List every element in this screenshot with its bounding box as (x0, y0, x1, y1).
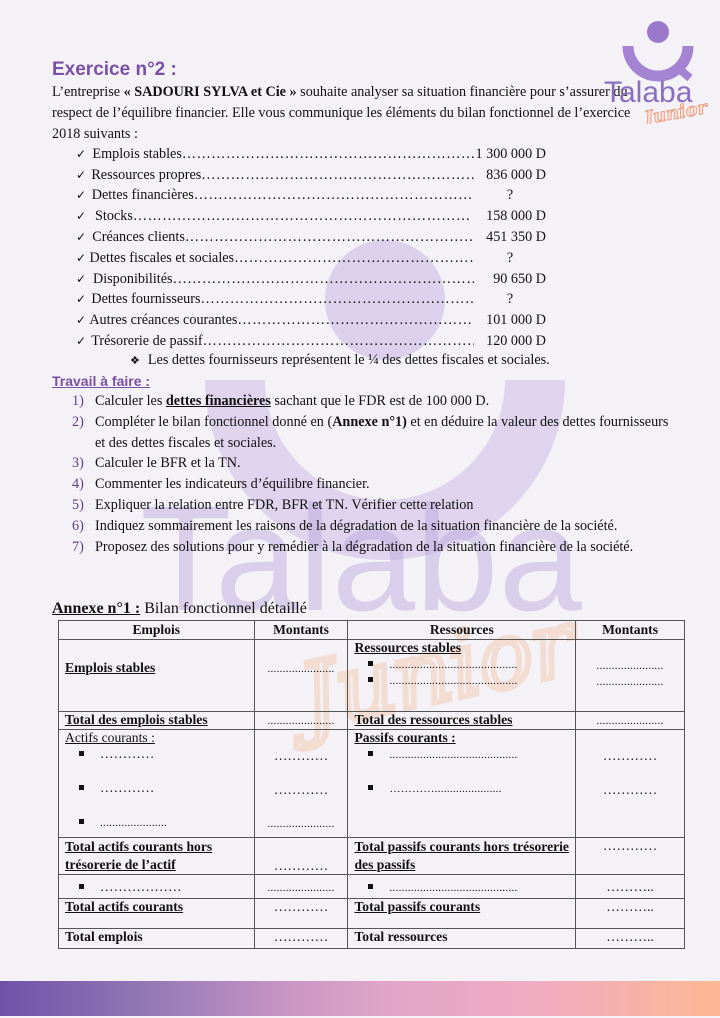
list-item: ✓Créances clients……………………………………………………………… (76, 227, 546, 248)
total-actifs-courants-hors-tresorerie-label: Total actifs courants hors trésorerie de… (65, 839, 212, 872)
total-passifs-courants-hors-tresorerie-label: Total passifs courants hors trésorerie d… (354, 839, 568, 872)
total-passifs-courants-label: Total passifs courants (354, 899, 480, 914)
cell: ……………… (59, 875, 255, 899)
blank-field[interactable]: ……………… (100, 879, 182, 894)
item-value: ? (474, 187, 546, 204)
table-row: Total actifs courants ………… Total passifs… (59, 899, 685, 929)
list-item: ✓Autres créances courantes……………………………………… (76, 310, 546, 331)
item-value: 1 300 000 D (474, 146, 546, 163)
passifs-courants-label: Passifs courants : (354, 730, 569, 746)
annex-subtitle: Bilan fonctionnel détaillé (140, 600, 307, 617)
footer-gradient-bar (0, 981, 720, 1016)
blank-field[interactable]: ……….. (606, 879, 654, 894)
list-item: ✓Stocks……………………………………………………………158 000 D (76, 206, 546, 227)
task-item: 2)Compléter le bilan fonctionnel donné e… (72, 412, 672, 454)
task-text: Expliquer la relation entre FDR, BFR et … (95, 495, 474, 516)
task-number: 4) (72, 474, 95, 495)
cell: ........................................… (348, 875, 576, 899)
cell: Actifs courants : ………… ………… ............… (59, 730, 255, 838)
item-value: 451 350 D (474, 229, 546, 246)
leader-dots: …………………………………………………………… (234, 250, 474, 267)
item-label: Dettes fiscales et sociales (90, 250, 235, 267)
list-item: ✓Trésorerie de passif…………………………………………………… (76, 331, 546, 352)
task-number: 2) (72, 412, 95, 454)
blank-field[interactable]: ………… (582, 748, 678, 764)
ressources-stables-label: Ressources stables (354, 640, 569, 656)
checkmark-icon: ✓ (76, 334, 91, 349)
blank-field[interactable]: ……….. (606, 899, 654, 914)
blank-field[interactable]: ……….. (606, 929, 654, 944)
blank-field[interactable]: ………… (603, 838, 657, 853)
square-bullet-icon (368, 785, 373, 790)
cell: Total ressources (348, 929, 576, 949)
table-row: Emplois stables ...................... R… (59, 640, 685, 712)
cell: Total des emplois stables (59, 712, 255, 730)
emplois-stables-label: Emplois stables (65, 660, 155, 675)
item-label: Stocks (95, 208, 133, 225)
blank-field[interactable]: ...................... (267, 882, 334, 894)
task-text-emph: dettes financières (166, 393, 271, 409)
task-item: 5)Expliquer la relation entre FDR, BFR e… (72, 495, 672, 516)
cell: ...................... (254, 640, 348, 712)
item-value: 158 000 D (474, 208, 546, 225)
item-label: Dettes fournisseurs (91, 291, 200, 308)
cell: ……….. (576, 875, 685, 899)
blank-field[interactable]: ...................... (267, 663, 334, 675)
cell: ...................... (576, 712, 685, 730)
annex-title: Annexe n°1 : Bilan fonctionnel détaillé (52, 600, 307, 618)
item-label: Emplois stables (92, 146, 181, 163)
total-actifs-courants-label: Total actifs courants (65, 899, 183, 914)
task-text: Commenter les indicateurs d’équilibre fi… (95, 474, 370, 495)
list-item: ✓Ressources propres………………………………………………………… (76, 165, 546, 186)
item-value: ? (474, 250, 546, 267)
cell: Total actifs courants hors trésorerie de… (59, 838, 255, 875)
square-bullet-icon (79, 884, 84, 889)
leader-dots: …………………………………………………………… (194, 187, 474, 204)
blank-field[interactable]: …………...................... (389, 783, 501, 795)
total-emplois-label: Total emplois (65, 929, 143, 944)
blank-field[interactable]: ………… (261, 782, 342, 798)
intro-prefix: L’entreprise (52, 84, 124, 100)
checkmark-icon: ✓ (76, 292, 91, 307)
leader-dots: …………………………………………………………… (133, 208, 474, 225)
header-emplois: Emplois (59, 621, 255, 640)
task-item: 6)Indiquez sommairement les raisons de l… (72, 516, 672, 537)
total-ressources-stables-label: Total des ressources stables (354, 712, 512, 727)
square-bullet-icon (79, 819, 84, 824)
square-bullet-icon (79, 751, 84, 756)
task-text-pre: Calculer les (95, 393, 166, 409)
leader-dots: …………………………………………………………… (203, 333, 474, 350)
checkmark-icon: ✓ (76, 272, 93, 287)
leader-dots: …………………………………………………………… (201, 167, 474, 184)
blank-field[interactable]: ...................... (596, 715, 663, 727)
blank-field[interactable]: ........................................… (389, 675, 517, 687)
table-row: Total emplois ………… Total ressources ……….… (59, 929, 685, 949)
list-item: ✓Dettes fournisseurs……………………………………………………… (76, 290, 546, 311)
item-label: Autres créances courantes (89, 312, 237, 329)
talaba-junior-logo: Talaba Junior (598, 12, 716, 124)
task-text: Calculer les dettes financières sachant … (95, 391, 489, 412)
item-value: 90 650 D (474, 271, 546, 288)
item-label: Disponibilités (93, 271, 173, 288)
task-number: 6) (72, 516, 95, 537)
diamond-bullet-icon: ❖ (130, 355, 140, 367)
task-number: 1) (72, 391, 95, 412)
exercise-intro: L’entreprise « SADOURI SYLVA et Cie » so… (52, 82, 632, 145)
leader-dots: …………………………………………………………… (173, 271, 474, 288)
square-bullet-icon (79, 785, 84, 790)
table-row: Total actifs courants hors trésorerie de… (59, 838, 685, 875)
cell: ………… (576, 838, 685, 875)
task-item: 4)Commenter les indicateurs d’équilibre … (72, 474, 672, 495)
task-text: Compléter le bilan fonctionnel donné en … (95, 412, 672, 454)
leader-dots: …………………………………………………………… (237, 312, 474, 329)
exercise-title: Exercice n°2 : (52, 59, 177, 81)
blank-field[interactable]: ...................... (261, 818, 342, 830)
cell: ……….. (576, 929, 685, 949)
square-bullet-icon (368, 884, 373, 889)
task-number: 5) (72, 495, 95, 516)
checkmark-icon: ✓ (76, 313, 89, 328)
cell: ……….. (576, 899, 685, 929)
task-number: 3) (72, 453, 95, 474)
cell: Total passifs courants (348, 899, 576, 929)
cell: ………… (254, 838, 348, 875)
bilan-fonctionnel-table: Emplois Montants Ressources Montants Emp… (58, 620, 685, 949)
cell: Total actifs courants (59, 899, 255, 929)
checkmark-icon: ✓ (76, 147, 92, 162)
company-name: « SADOURI SYLVA et Cie » (124, 84, 297, 100)
note-text: Les dettes fournisseurs représentent le … (148, 352, 550, 368)
cell: ...................... (254, 875, 348, 899)
blank-field[interactable]: ........................................… (389, 659, 517, 671)
list-item: ✓Disponibilités ……………………………………………………………9… (76, 269, 546, 290)
blank-field[interactable]: ………… (100, 746, 154, 761)
cell: ...................... (254, 712, 348, 730)
blank-field[interactable]: ...................... (267, 715, 334, 727)
checkmark-icon: ✓ (76, 168, 91, 183)
header-ressources: Ressources (348, 621, 576, 640)
total-ressources-label: Total ressources (354, 929, 447, 944)
square-bullet-icon (368, 751, 373, 756)
list-item: ✓Dettes fiscales et sociales ……………………………… (76, 248, 546, 269)
task-item: 1)Calculer les dettes financières sachan… (72, 391, 672, 412)
task-text-emph: Annexe n°1) (332, 414, 407, 430)
blank-field[interactable]: ………… (100, 780, 154, 795)
cell: ………… (254, 899, 348, 929)
blank-field[interactable]: ...................... (582, 676, 678, 688)
list-item: ✓Emplois stables……………………………………………………………1… (76, 144, 546, 165)
header-montants-emplois: Montants (254, 621, 348, 640)
square-bullet-icon (368, 677, 373, 682)
checkmark-icon: ✓ (76, 251, 90, 266)
cell: Emplois stables (59, 640, 255, 712)
table-row: Actifs courants : ………… ………… ............… (59, 730, 685, 838)
cell: Total emplois (59, 929, 255, 949)
item-label: Trésorerie de passif (91, 333, 202, 350)
cell: Total des ressources stables (348, 712, 576, 730)
table-header-row: Emplois Montants Ressources Montants (59, 621, 685, 640)
cell: ………… ………… (576, 730, 685, 838)
actifs-courants-label: Actifs courants : (65, 730, 248, 746)
total-emplois-stables-label: Total des emplois stables (65, 712, 208, 727)
blank-field[interactable]: ........................................… (389, 749, 517, 761)
task-text: Proposez des solutions pour y remédier à… (95, 537, 633, 558)
item-value: 101 000 D (474, 312, 546, 329)
task-text: Calculer le BFR et la TN. (95, 453, 241, 474)
tasks-heading: Travail à faire : (52, 373, 150, 389)
blank-field[interactable]: ...................... (100, 817, 167, 829)
cell: ........................................… (576, 640, 685, 712)
checkmark-icon: ✓ (76, 230, 92, 245)
blank-field[interactable]: ………… (582, 782, 678, 798)
item-label: Dettes financières (92, 187, 194, 204)
table-row: Total des emplois stables ..............… (59, 712, 685, 730)
blank-field[interactable]: ………… (261, 748, 342, 764)
cell: Passifs courants : .....................… (348, 730, 576, 838)
task-number: 7) (72, 537, 95, 558)
list-item: ✓Dettes financières………………………………………………………… (76, 186, 546, 207)
note: ❖Les dettes fournisseurs représentent le… (130, 352, 550, 369)
table-row: ……………… ...................... ..........… (59, 875, 685, 899)
task-text-post: sachant que le FDR est de 100 000 D. (271, 393, 489, 409)
leader-dots: …………………………………………………………… (182, 146, 474, 163)
annex-label: Annexe n°1 : (52, 600, 140, 617)
item-value: 120 000 D (474, 333, 546, 350)
task-item: 7)Proposez des solutions pour y remédier… (72, 537, 672, 558)
item-value: 836 000 D (474, 167, 546, 184)
item-value: ? (474, 291, 546, 308)
blank-field[interactable]: ........................................… (389, 882, 517, 894)
blank-field[interactable]: ………… (274, 899, 328, 914)
task-text-pre: Compléter le bilan fonctionnel donné en … (95, 414, 332, 430)
tasks-list: 1)Calculer les dettes financières sachan… (72, 391, 672, 557)
leader-dots: …………………………………………………………… (185, 229, 474, 246)
task-item: 3)Calculer le BFR et la TN. (72, 453, 672, 474)
leader-dots: …………………………………………………………… (201, 291, 474, 308)
cell: Ressources stables .....................… (348, 640, 576, 712)
cell: ………… ………… ...................... (254, 730, 348, 838)
cell: ………… (254, 929, 348, 949)
square-bullet-icon (368, 661, 373, 666)
item-label: Ressources propres (91, 167, 201, 184)
blank-field[interactable]: ………… (274, 858, 328, 873)
header-montants-ressources: Montants (576, 621, 685, 640)
task-text: Indiquez sommairement les raisons de la … (95, 516, 617, 537)
blank-field[interactable]: ………… (274, 929, 328, 944)
checkmark-icon: ✓ (76, 209, 95, 224)
checkmark-icon: ✓ (76, 188, 92, 203)
cell: Total passifs courants hors trésorerie d… (348, 838, 576, 875)
blank-field[interactable]: ...................... (582, 660, 678, 672)
balance-items-list: ✓Emplois stables……………………………………………………………1… (76, 144, 546, 352)
item-label: Créances clients (92, 229, 185, 246)
